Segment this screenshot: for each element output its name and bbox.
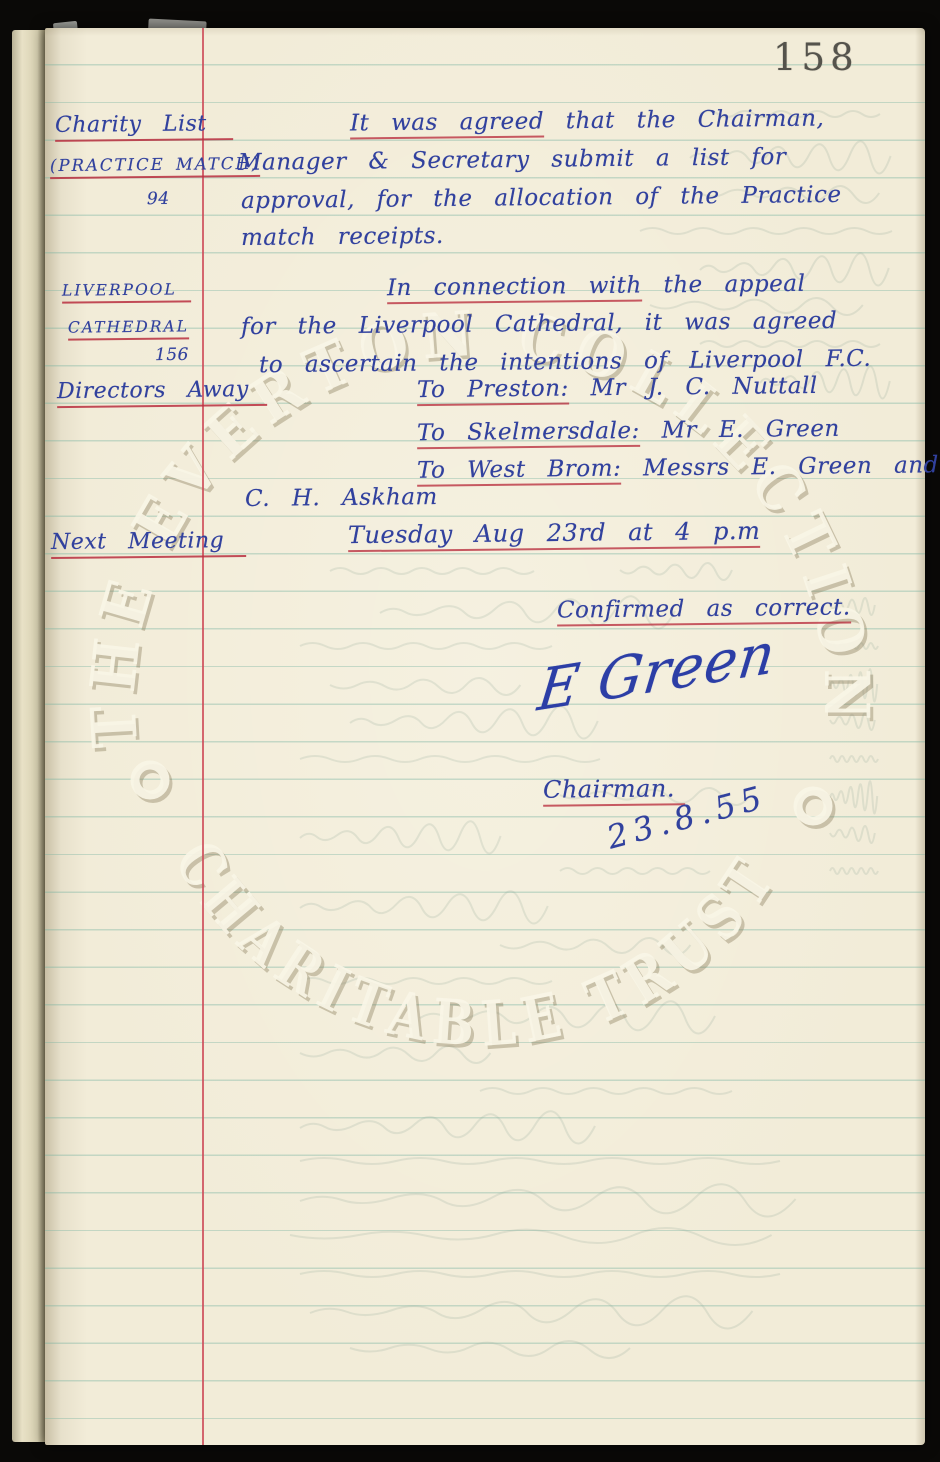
watermark-separator-dot (135, 765, 165, 795)
minute-line: Manager & Secretary submit a list for (238, 142, 787, 178)
minute-line: match receipts. (241, 221, 444, 253)
book-binding-edge (12, 30, 46, 1442)
underlined-destination: To Preston: (417, 376, 569, 407)
margin-heading-next-meeting: Next Meeting (51, 526, 247, 558)
confirmation-line: Confirmed as correct. (557, 592, 851, 625)
underlined-phrase: It was agreed (350, 108, 544, 139)
underlined-destination: To Skelmersdale: (417, 418, 640, 449)
underlined-destination: To West Brom: (417, 456, 622, 487)
next-meeting-line: Tuesday Aug 23rd at 4 p.m (348, 516, 761, 550)
directors-away-row: To Preston: Mr J. C. Nuttall (417, 371, 818, 405)
directors-away-row: To Skelmersdale: Mr E. Green (417, 414, 840, 448)
photographed-minute-book: { "doc": { "page_number": "158", "waterm… (0, 0, 940, 1462)
minute-line: It was agreed that the Chairman, (350, 104, 825, 139)
watermark-arc-bottom: CHARITABLE TRUST (160, 829, 793, 1061)
directors-away-continuation: C. H. Askham (245, 482, 438, 514)
margin-heading-directors-away: Directors Away (57, 375, 267, 407)
minute-number-94: 94 (147, 184, 170, 214)
everton-collection-watermark: THE EVERTON COLLECTION CHARITABLE TRUST … (45, 28, 925, 1445)
svg-text:CHARITABLE TRUST: CHARITABLE TRUST (160, 829, 793, 1061)
red-margin-rule (202, 28, 204, 1445)
margin-heading-cathedral: CATHEDRAL (68, 311, 189, 342)
margin-heading-charity-list: Charity List (55, 109, 233, 141)
watermark-separator-dot (798, 791, 828, 821)
minute-line: for the Liverpool Cathedral, it was agre… (241, 306, 837, 342)
minute-line: In connection with the appeal (387, 269, 806, 303)
directors-away-row: To West Brom: Messrs E. Green and (417, 450, 939, 485)
minute-line: approval, for the allocation of the Prac… (241, 180, 842, 216)
margin-heading-liverpool: LIVERPOOL (62, 274, 191, 305)
minute-book-page: THE EVERTON COLLECTION CHARITABLE TRUST … (45, 28, 925, 1445)
margin-heading-practice-match: (PRACTICE MATCH) (50, 149, 261, 181)
signatory-title: Chairman. (543, 773, 685, 804)
minute-number-156: 156 (155, 340, 189, 370)
underlined-phrase: In connection with (387, 273, 642, 305)
page-number: 158 (773, 36, 859, 79)
